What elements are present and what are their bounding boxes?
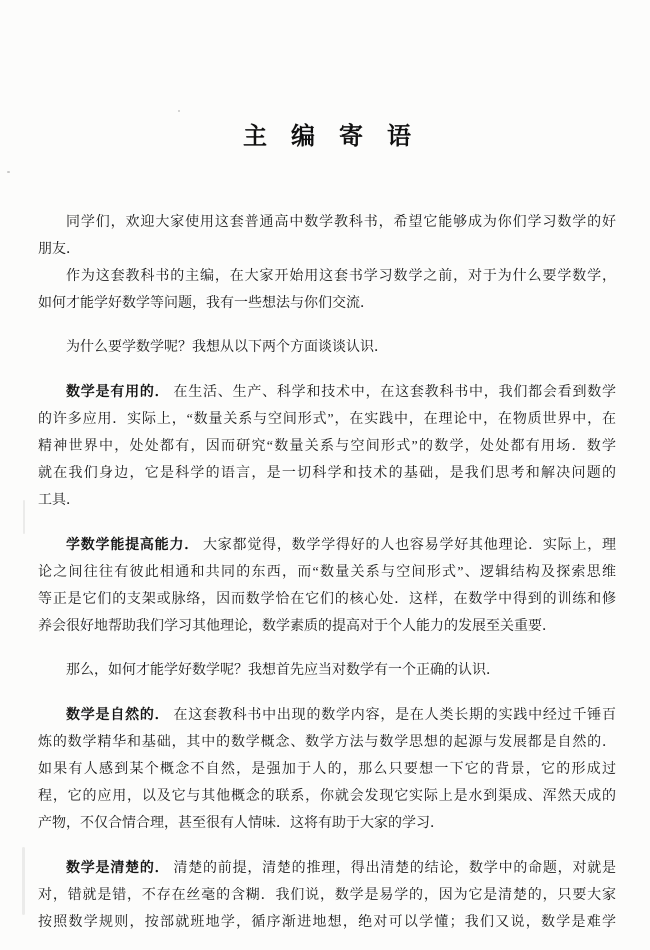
line-text: 在生活、生产、科学和技术中，在这套教科书中，我们都会看到数学 bbox=[173, 385, 616, 400]
text-line: 为什么要学数学呢？我想从以下两个方面谈谈认识． bbox=[38, 334, 616, 361]
page-title: 主 编 寄 语 bbox=[38, 122, 616, 152]
text-line: 学数学能提高能力．大家都觉得，数学学得好的人也容易学好其他理论．实际上，理 bbox=[38, 531, 616, 559]
text-line: 朋友． bbox=[38, 236, 616, 263]
text-line: 那么，如何才能学好数学呢？我想首先应当对数学有一个正确的认识． bbox=[38, 657, 616, 684]
body-text: 同学们，欢迎大家使用这套普通高中数学教科书，希望它能够成为你们学习数学的好 朋友… bbox=[38, 209, 616, 936]
text-line: 数学是自然的．在这套教科书中出现的数学内容，是在人类长期的实践中经过千锤百 bbox=[38, 701, 616, 729]
text-line: 精神世界中，处处都有，因而研究“数量关系与空间形式”的数学，处处都有用场．数学 bbox=[38, 433, 616, 460]
text-line: 作为这套教科书的主编，在大家开始用这套书学习数学之前，对于为什么要学数学， bbox=[38, 263, 616, 290]
text-line: 的许多应用．实际上，“数量关系与空间形式”，在实践中，在理论中，在物质世界中，在 bbox=[38, 406, 616, 433]
line-text: 大家都觉得，数学学得好的人也容易学好其他理论．实际上，理 bbox=[203, 538, 616, 553]
text-line: 炼的数学精华和基础，其中的数学概念、数学方法与数学思想的起源与发展都是自然的． bbox=[38, 729, 616, 756]
text-line: 论之间往往有彼此相通和共同的东西，而“数量关系与空间形式”、逻辑结构及探索思维 bbox=[38, 559, 616, 586]
text-line: 数学是有用的．在生活、生产、科学和技术中，在这套教科书中，我们都会看到数学 bbox=[38, 378, 616, 406]
text-line: 产物，不仅合情合理，甚至很有人情味．这将有助于大家的学习． bbox=[38, 810, 616, 837]
paragraph: 数学是有用的．在生活、生产、科学和技术中，在这套教科书中，我们都会看到数学 的许… bbox=[38, 378, 616, 514]
paragraph: 为什么要学数学呢？我想从以下两个方面谈谈认识． bbox=[38, 334, 616, 361]
line-text: 在这套教科书中出现的数学内容，是在人类长期的实践中经过千锤百 bbox=[173, 708, 616, 723]
text-line: 工具． bbox=[38, 487, 616, 514]
text-line: 数学是清楚的．清楚的前提，清楚的推理，得出清楚的结论，数学中的命题，对就是 bbox=[38, 854, 616, 882]
book-page: 主 编 寄 语 同学们，欢迎大家使用这套普通高中数学教科书，希望它能够成为你们学… bbox=[0, 0, 650, 950]
paragraph: 数学是自然的．在这套教科书中出现的数学内容，是在人类长期的实践中经过千锤百 炼的… bbox=[38, 701, 616, 837]
lead-phrase: 数学是有用的． bbox=[66, 383, 169, 399]
lead-phrase: 学数学能提高能力． bbox=[66, 536, 199, 552]
scan-smudge bbox=[22, 847, 25, 915]
scan-speck bbox=[7, 171, 10, 173]
paragraph: 作为这套教科书的主编，在大家开始用这套书学习数学之前，对于为什么要学数学， 如何… bbox=[38, 263, 616, 317]
text-line: 养会很好地帮助我们学习其他理论，数学素质的提高对于个人能力的发展至关重要． bbox=[38, 613, 616, 640]
text-line: 等正是它们的支架或脉络，因而数学恰在它们的核心处．这样，在数学中得到的训练和修 bbox=[38, 586, 616, 613]
text-block: 主 编 寄 语 同学们，欢迎大家使用这套普通高中数学教科书，希望它能够成为你们学… bbox=[38, 0, 616, 936]
paragraph: 学数学能提高能力．大家都觉得，数学学得好的人也容易学好其他理论．实际上，理 论之… bbox=[38, 531, 616, 640]
line-text: 清楚的前提，清楚的推理，得出清楚的结论，数学中的命题，对就是 bbox=[173, 861, 616, 876]
paragraph: 那么，如何才能学好数学呢？我想首先应当对数学有一个正确的认识． bbox=[38, 657, 616, 684]
text-line: 程，它的应用，以及它与其他概念的联系，你就会发现它实际上是水到渠成、浑然天成的 bbox=[38, 783, 616, 810]
text-line: 对，错就是错，不存在丝毫的含糊．我们说，数学是易学的，因为它是清楚的，只要大家 bbox=[38, 882, 616, 909]
text-line: 同学们，欢迎大家使用这套普通高中数学教科书，希望它能够成为你们学习数学的好 bbox=[38, 209, 616, 236]
text-line: 按照数学规则，按部就班地学，循序渐进地想，绝对可以学懂；我们又说，数学是难学 bbox=[38, 909, 616, 936]
lead-phrase: 数学是清楚的． bbox=[66, 859, 169, 875]
scan-smudge bbox=[23, 500, 25, 534]
lead-phrase: 数学是自然的． bbox=[66, 706, 169, 722]
paragraph: 数学是清楚的．清楚的前提，清楚的推理，得出清楚的结论，数学中的命题，对就是 对，… bbox=[38, 854, 616, 936]
text-line: 就在我们身边，它是科学的语言，是一切科学和技术的基础，是我们思考和解决问题的 bbox=[38, 460, 616, 487]
text-line: 如果有人感到某个概念不自然，是强加于人的，那么只要想一下它的背景，它的形成过 bbox=[38, 756, 616, 783]
text-line: 如何才能学好数学等问题，我有一些想法与你们交流． bbox=[38, 290, 616, 317]
paragraph: 同学们，欢迎大家使用这套普通高中数学教科书，希望它能够成为你们学习数学的好 朋友… bbox=[38, 209, 616, 263]
